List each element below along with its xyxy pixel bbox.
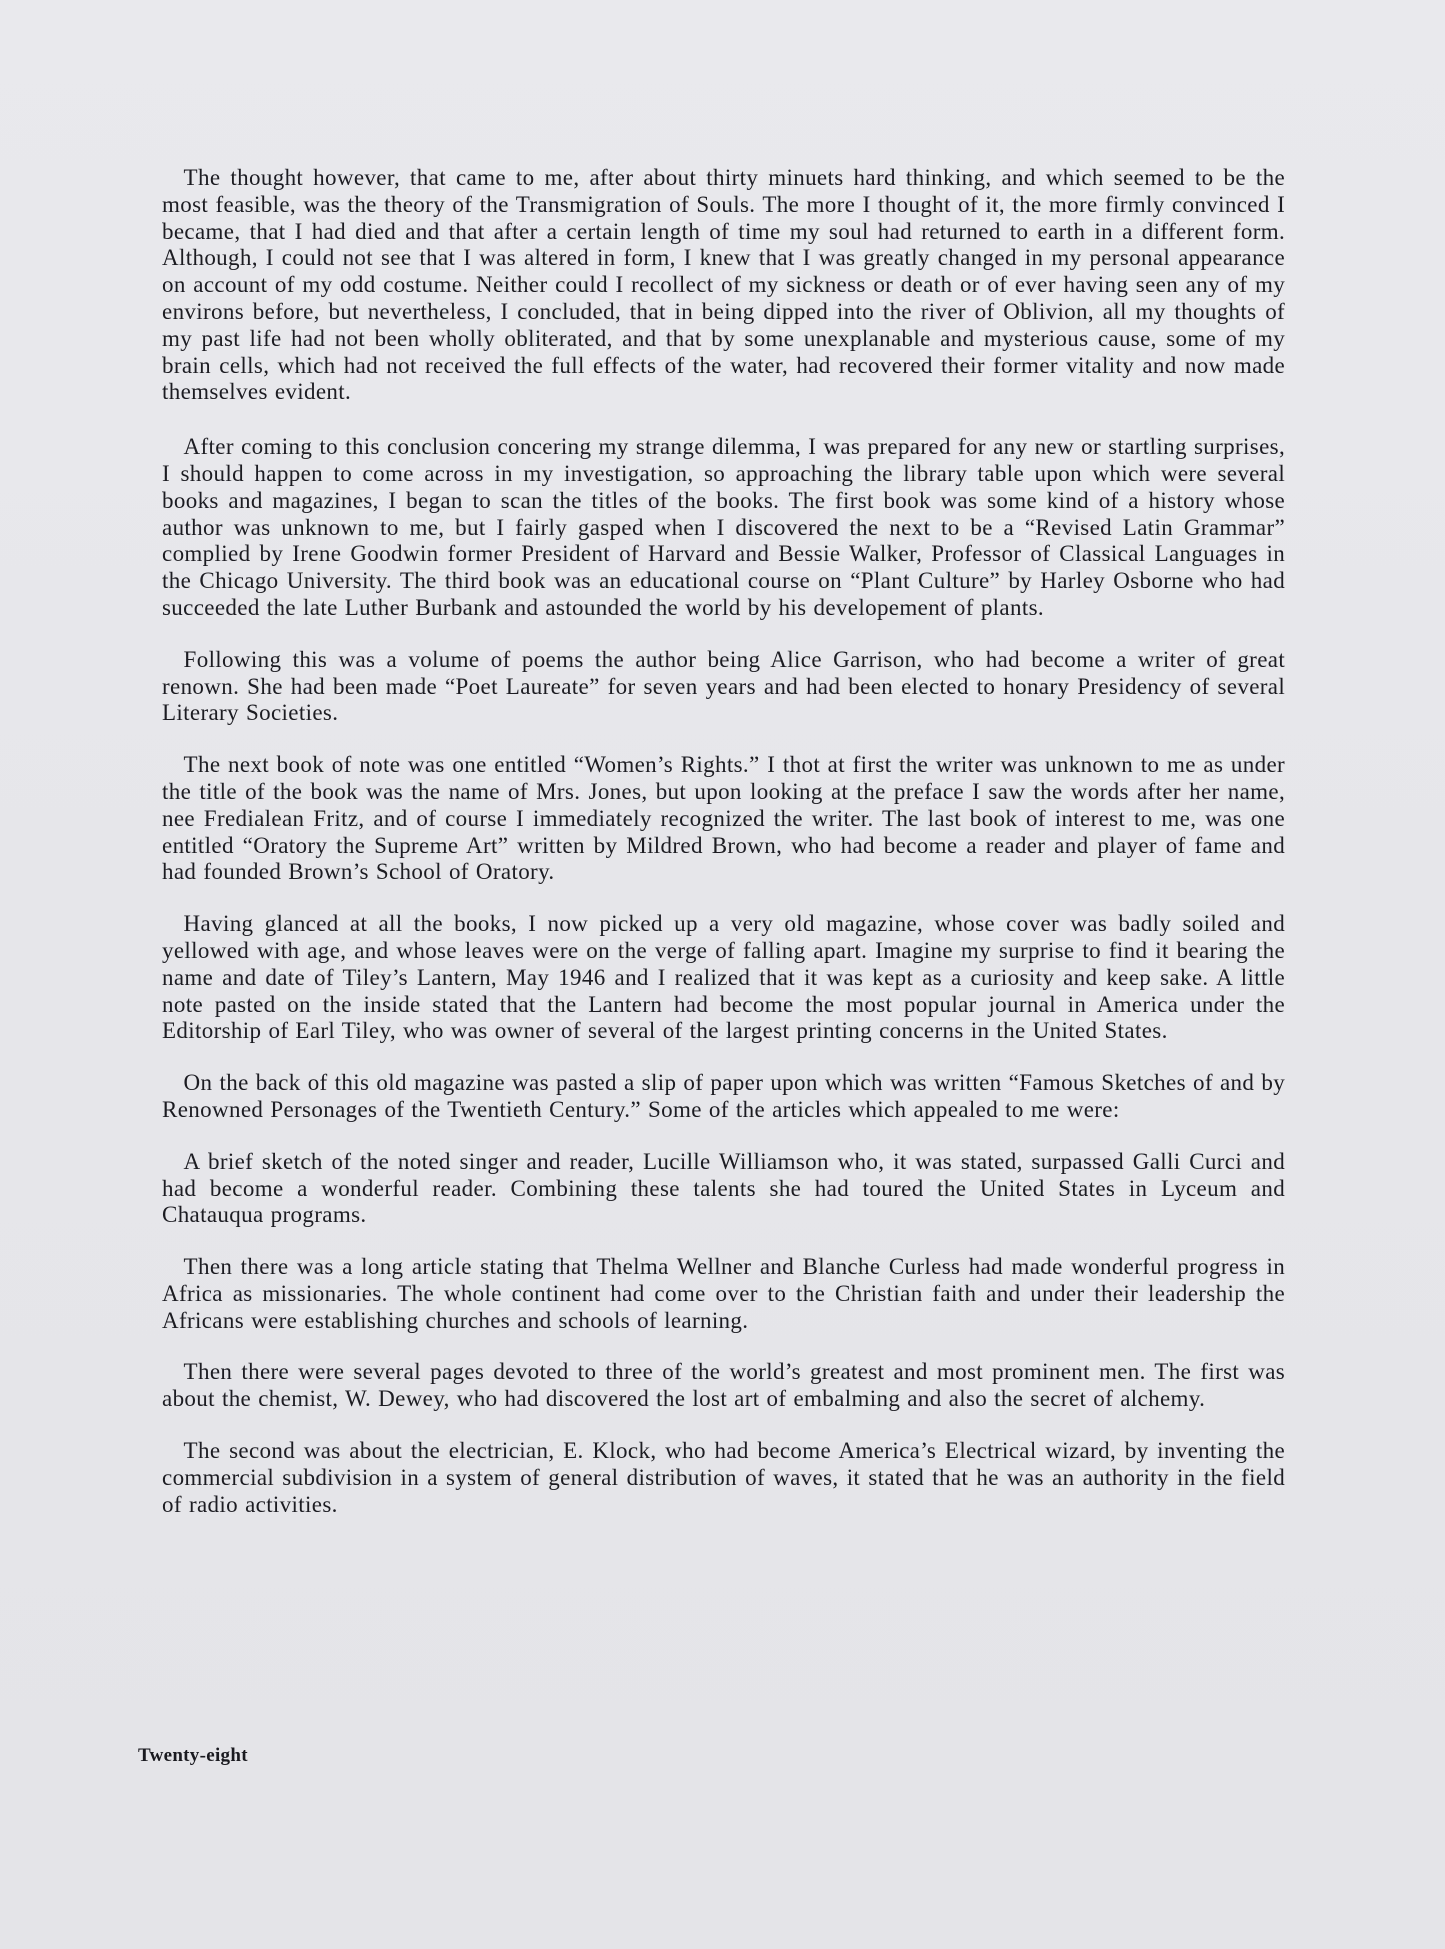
paragraph-singer-sketch: A brief sketch of the noted singer and r…	[162, 1149, 1285, 1229]
paragraph-library-books: After coming to this conclusion concerin…	[162, 434, 1285, 622]
paragraph-chemist: Then there were several pages devoted to…	[162, 1359, 1285, 1413]
paragraph-transmigration: The thought however, that came to me, af…	[162, 165, 1285, 406]
paragraph-missionaries: Then there was a long article stating th…	[162, 1254, 1285, 1334]
paragraph-electrician: The second was about the electrician, E.…	[162, 1438, 1285, 1518]
paragraph-womens-rights: The next book of note was one entitled “…	[162, 752, 1285, 886]
document-page: The thought however, that came to me, af…	[0, 0, 1445, 1949]
paragraph-old-magazine: Having glanced at all the books, I now p…	[162, 911, 1285, 1045]
paragraph-poems: Following this was a volume of poems the…	[162, 647, 1285, 727]
body-text: The thought however, that came to me, af…	[162, 165, 1308, 1543]
page-number: Twenty-eight	[138, 1745, 248, 1767]
paragraph-famous-sketches: On the back of this old magazine was pas…	[162, 1070, 1285, 1124]
